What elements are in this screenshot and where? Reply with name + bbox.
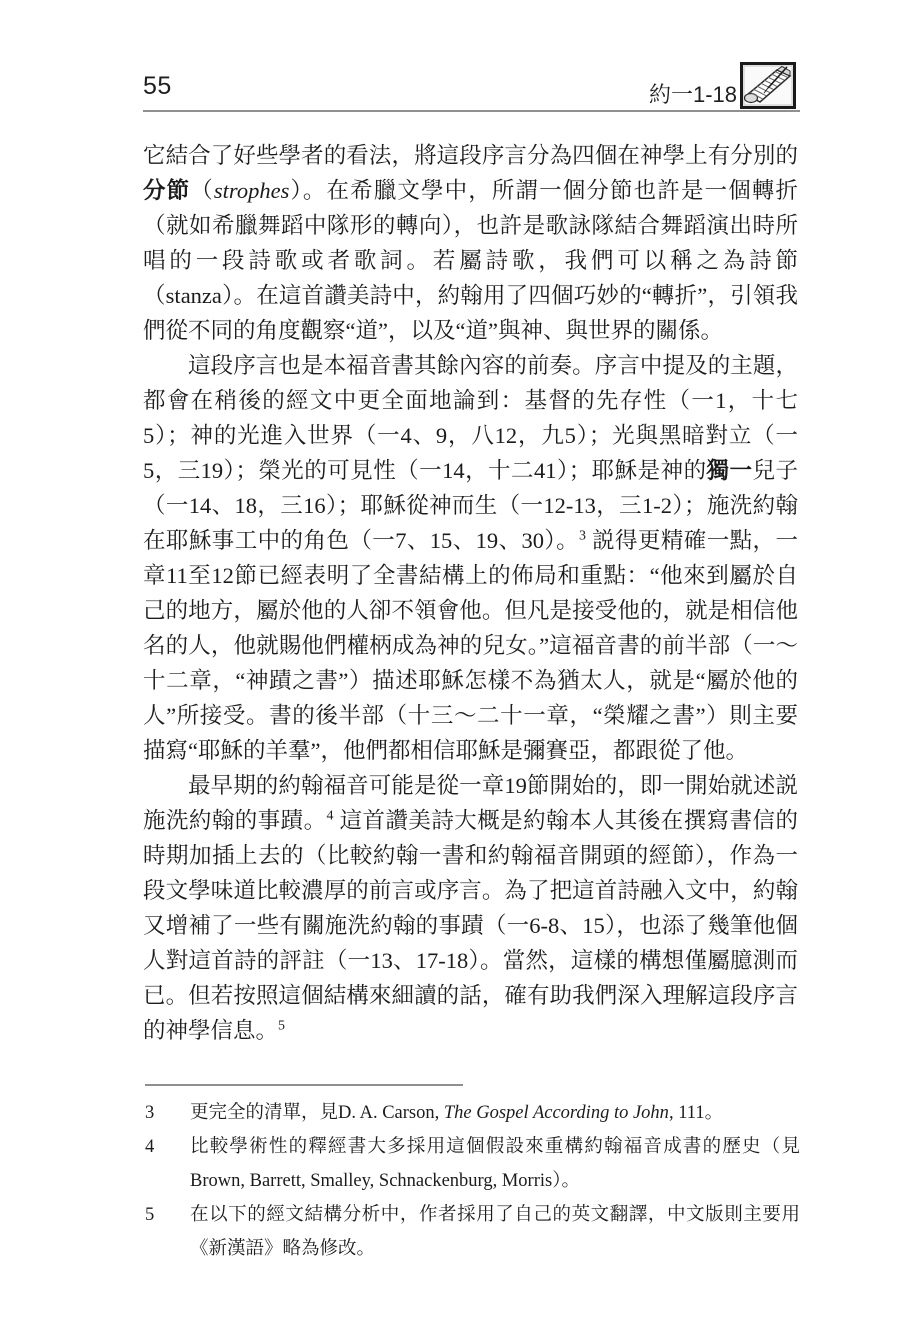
text-run: strophes bbox=[214, 178, 289, 203]
text-run: 獨一 bbox=[707, 458, 753, 483]
footnote-number: 3 bbox=[145, 1096, 190, 1130]
paragraph: 最早期的約翰福音可能是從一章19節開始的，即一開始就述説施洗約翰的事蹟。4 這首… bbox=[143, 768, 798, 1048]
text-run: 它結合了好些學者的看法，將這段序言分為四個在神學上有分別的 bbox=[143, 143, 798, 168]
text-run: 説得更精確一點，一章11至12節已經表明了全書結構上的佈局和重點：“他來到屬於自… bbox=[143, 528, 798, 763]
text-run: The Gospel According to John bbox=[444, 1103, 669, 1123]
footnote: 4比較學術性的釋經書大多採用這個假設來重構約翰福音成書的歷史（見Brown, B… bbox=[145, 1130, 800, 1198]
footnote: 3更完全的清單，見D. A. Carson, The Gospel Accord… bbox=[145, 1096, 800, 1130]
footnote-separator-rule bbox=[145, 1084, 463, 1086]
text-run: 比較學術性的釋經書大多採用這個假設來重構約翰福音成書的歷史（見Brown, Ba… bbox=[190, 1137, 800, 1191]
footnote-text: 更完全的清單，見D. A. Carson, The Gospel Accordi… bbox=[190, 1096, 800, 1130]
text-run: , 111。 bbox=[669, 1103, 723, 1123]
footnote-marker: 3 bbox=[579, 529, 586, 544]
paragraph: 它結合了好些學者的看法，將這段序言分為四個在神學上有分別的分節（strophes… bbox=[143, 138, 798, 348]
text-run: 這段序言也是本福音書其餘內容的前奏。序言中提及的主題，都會在稍後的經文中更全面地… bbox=[143, 353, 798, 483]
text-run: 分節 bbox=[143, 178, 190, 203]
footnote-number: 5 bbox=[145, 1198, 190, 1266]
footnote-text: 在以下的經文結構分析中，作者採用了自己的英文翻譯，中文版則主要用《新漢語》略為修… bbox=[190, 1198, 800, 1266]
page-number: 55 bbox=[143, 72, 172, 101]
header-rule bbox=[143, 110, 800, 112]
book-page: 55 約一1-18 bbox=[0, 0, 900, 1324]
text-run: 這首讚美詩大概是約翰本人其後在撰寫書信的時期加插上去的（比較約翰一書和約翰福音開… bbox=[143, 808, 798, 1043]
text-run: 更完全的清單，見D. A. Carson, bbox=[190, 1103, 444, 1123]
body-text: 它結合了好些學者的看法，將這段序言分為四個在神學上有分別的分節（strophes… bbox=[143, 138, 798, 1048]
footnote-text: 比較學術性的釋經書大多採用這個假設來重構約翰福音成書的歷史（見Brown, Ba… bbox=[190, 1130, 800, 1198]
text-run: 在以下的經文結構分析中，作者採用了自己的英文翻譯，中文版則主要用《新漢語》略為修… bbox=[190, 1205, 800, 1259]
footnote-marker: 4 bbox=[327, 809, 334, 824]
scroll-icon bbox=[740, 62, 796, 109]
paragraph: 這段序言也是本福音書其餘內容的前奏。序言中提及的主題，都會在稍後的經文中更全面地… bbox=[143, 348, 798, 768]
header-scripture-reference: 約一1-18 bbox=[649, 78, 737, 109]
footnote: 5在以下的經文結構分析中，作者採用了自己的英文翻譯，中文版則主要用《新漢語》略為… bbox=[145, 1198, 800, 1266]
footnotes-section: 3更完全的清單，見D. A. Carson, The Gospel Accord… bbox=[145, 1084, 800, 1266]
footnote-marker: 5 bbox=[278, 1019, 285, 1034]
footnote-number: 4 bbox=[145, 1130, 190, 1198]
footnotes-list: 3更完全的清單，見D. A. Carson, The Gospel Accord… bbox=[145, 1096, 800, 1266]
text-run: （ bbox=[190, 178, 214, 203]
